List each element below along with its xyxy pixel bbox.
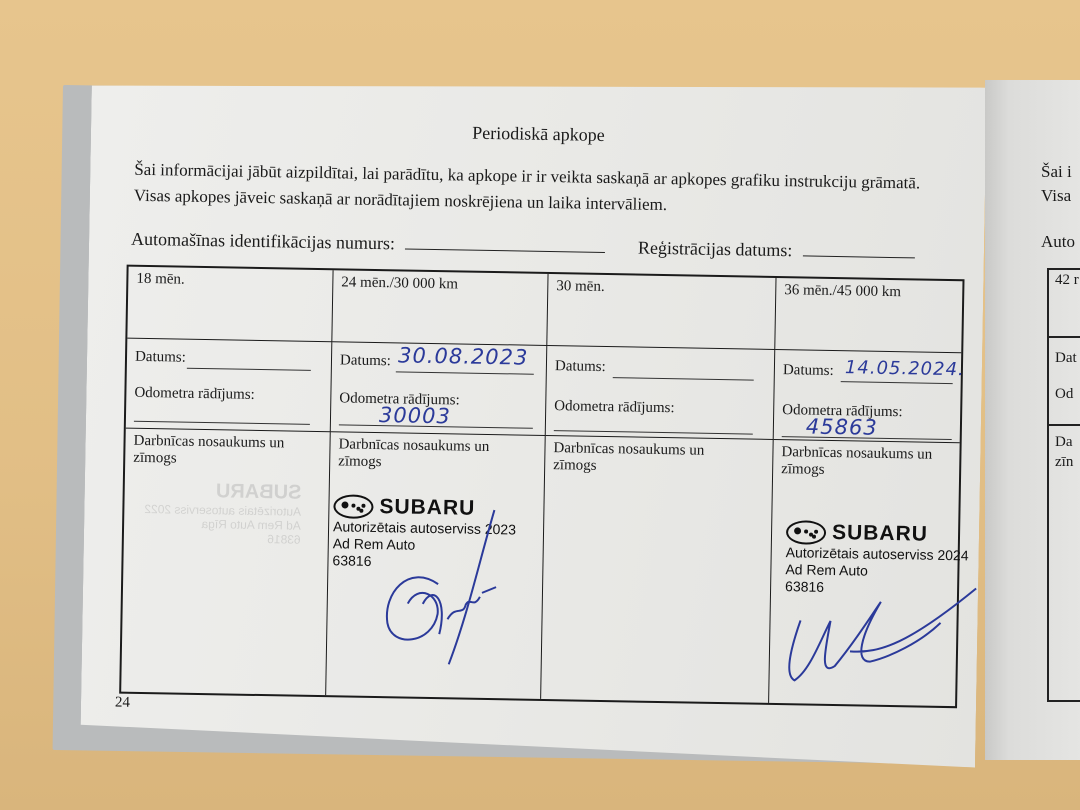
vin-label: Automašīnas identifikācijas numurs: bbox=[131, 229, 395, 254]
next-page-workshop-2: zīn bbox=[1055, 454, 1073, 471]
next-page-intro-2: Visa bbox=[1041, 186, 1071, 206]
show-through-stamp: SUBARU Autorizētais autoserviss 2022 Ad … bbox=[144, 479, 302, 547]
signature-2024 bbox=[779, 580, 981, 693]
entry-30: Datums: Odometra rādījums: bbox=[546, 346, 776, 440]
entry-36: Datums: 14.05.2024. Odometra rādījums: 4… bbox=[774, 350, 962, 443]
maintenance-table: 18 mēn. 24 mēn./30 000 km 30 mēn. 36 mēn… bbox=[119, 265, 964, 709]
workshop-label-2: zīmogs bbox=[338, 453, 536, 473]
handwritten-odometer: 30003 bbox=[379, 403, 451, 428]
subaru-logo-icon bbox=[333, 494, 373, 519]
subaru-logo-icon bbox=[786, 520, 826, 545]
interval-header-30: 30 mēn. bbox=[547, 274, 776, 350]
handwritten-odometer: 45863 bbox=[806, 415, 878, 440]
handwritten-date: 30.08.2023 bbox=[398, 343, 529, 369]
vin-field[interactable] bbox=[405, 248, 605, 252]
next-page-intro-1: Šai i bbox=[1041, 162, 1072, 182]
workshop-18: Darbnīcas nosaukums un zīmogs SUBARU Aut… bbox=[121, 429, 331, 696]
handwritten-date: 14.05.2024. bbox=[845, 357, 965, 380]
next-page-odometer: Od bbox=[1055, 386, 1073, 403]
interval-header-24: 24 mēn./30 000 km bbox=[332, 270, 548, 346]
date-field[interactable] bbox=[841, 381, 953, 384]
workshop-label-2: zīmogs bbox=[781, 461, 951, 481]
stamp-brand: SUBARU bbox=[832, 521, 928, 547]
entry-18: Datums: Odometra rādījums: bbox=[126, 339, 333, 433]
date-field[interactable] bbox=[613, 377, 754, 380]
registration-date-field[interactable] bbox=[803, 255, 915, 258]
next-page-header: 42 r bbox=[1055, 272, 1079, 289]
odometer-label: Odometra rādījums: bbox=[554, 398, 675, 417]
interval-header-36: 36 mēn./45 000 km bbox=[775, 278, 962, 353]
date-label: Datums: bbox=[340, 352, 391, 370]
date-label: Datums: bbox=[135, 349, 186, 367]
next-page-date: Dat bbox=[1055, 350, 1077, 367]
workshop-label-2: zīmogs bbox=[133, 450, 321, 470]
page-title: Periodiskā apkope bbox=[91, 116, 986, 153]
registration-date-label: Reģistrācijas datums: bbox=[638, 238, 793, 261]
date-field[interactable] bbox=[396, 371, 534, 374]
vehicle-id-line: Automašīnas identifikācijas numurs: Reģi… bbox=[131, 229, 915, 264]
signature-2023 bbox=[377, 503, 510, 665]
odometer-field[interactable] bbox=[134, 421, 310, 425]
workshop-label-2: zīmogs bbox=[553, 457, 764, 478]
entry-24: Datums: 30.08.2023 Odometra rādījums: 30… bbox=[331, 342, 548, 436]
date-label: Datums: bbox=[783, 362, 834, 380]
next-page-vin-label: Auto bbox=[1041, 232, 1075, 252]
odometer-field[interactable] bbox=[554, 430, 753, 434]
workshop-30: Darbnīcas nosaukums un zīmogs bbox=[541, 436, 774, 703]
workshop-24: Darbnīcas nosaukums un zīmogs SUBARU Aut… bbox=[326, 432, 546, 699]
workshop-36: Darbnīcas nosaukums un zīmogs SUBARU Aut… bbox=[769, 440, 960, 706]
odometer-label: Odometra rādījums: bbox=[134, 385, 255, 404]
date-field[interactable] bbox=[187, 368, 311, 371]
interval-header-18: 18 mēn. bbox=[127, 267, 333, 343]
next-page-edge: Šai i Visa Auto 42 r Dat Od Da zīn bbox=[985, 80, 1080, 760]
service-book-page: Periodiskā apkope Šai informācijai jābūt… bbox=[80, 72, 987, 768]
next-page-workshop: Da bbox=[1055, 434, 1073, 451]
intro-text: Šai informācijai jābūt aizpildītai, lai … bbox=[134, 157, 921, 223]
date-label: Datums: bbox=[555, 358, 606, 376]
page-number: 24 bbox=[115, 694, 130, 711]
next-page-table: 42 r Dat Od Da zīn bbox=[1047, 268, 1080, 702]
